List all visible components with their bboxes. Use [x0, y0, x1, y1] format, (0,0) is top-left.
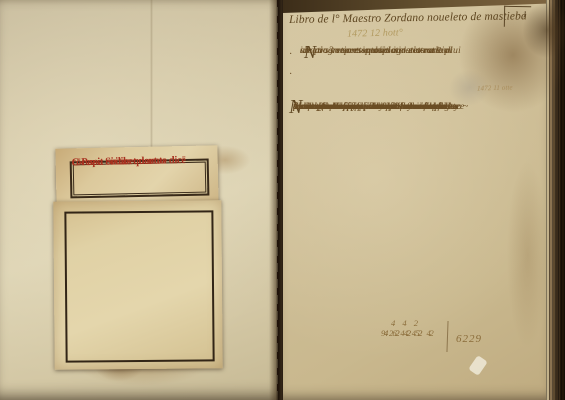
- manuscript-line: sio progretio et apositio et cetera ē: [300, 45, 441, 57]
- right-page: [283, 0, 546, 400]
- woodcut-frame: C Papa Sixtus quartus cōcessit cuilibet …: [70, 158, 210, 198]
- manuscript-date-note: 1472 12 hott°: [347, 27, 403, 39]
- folio-number: 1: [522, 9, 527, 19]
- arithmetic-doodle: 4 4 2 4 2 2 2 9 6 4 5 4 4 2 2 2 2 2 4 4: [381, 319, 421, 329]
- corner-folio-mark: 1: [504, 6, 531, 27]
- margin-dot: ·: [289, 49, 292, 60]
- doodle-row: 2 4 4: [381, 329, 419, 339]
- left-page-crease: [150, 0, 153, 152]
- manuscript-line: pra e nota e qui apresso diremo dele dit…: [293, 101, 468, 113]
- doodle-result: 6229: [456, 333, 482, 345]
- printed-fragment-indulgence: C Papa Sixtus quartus cōcessit cuilibet …: [55, 145, 218, 207]
- margin-date-note: 1472 11 otte: [477, 83, 513, 92]
- margin-dot: ·: [289, 69, 292, 80]
- manuscript-book-scan: C Papa Sixtus quartus cōcessit cuilibet …: [0, 0, 565, 400]
- woodcut-frame: C Aue sanctissima maria A mater dei : re…: [64, 210, 214, 362]
- binding-stitches: [277, 0, 279, 400]
- printed-red-line: cōcessit cuilibet deuote dicē: [72, 155, 186, 169]
- printed-fragment-prayer: C Aue sanctissima maria A mater dei : re…: [53, 200, 222, 369]
- page-edges-stack: [546, 0, 565, 400]
